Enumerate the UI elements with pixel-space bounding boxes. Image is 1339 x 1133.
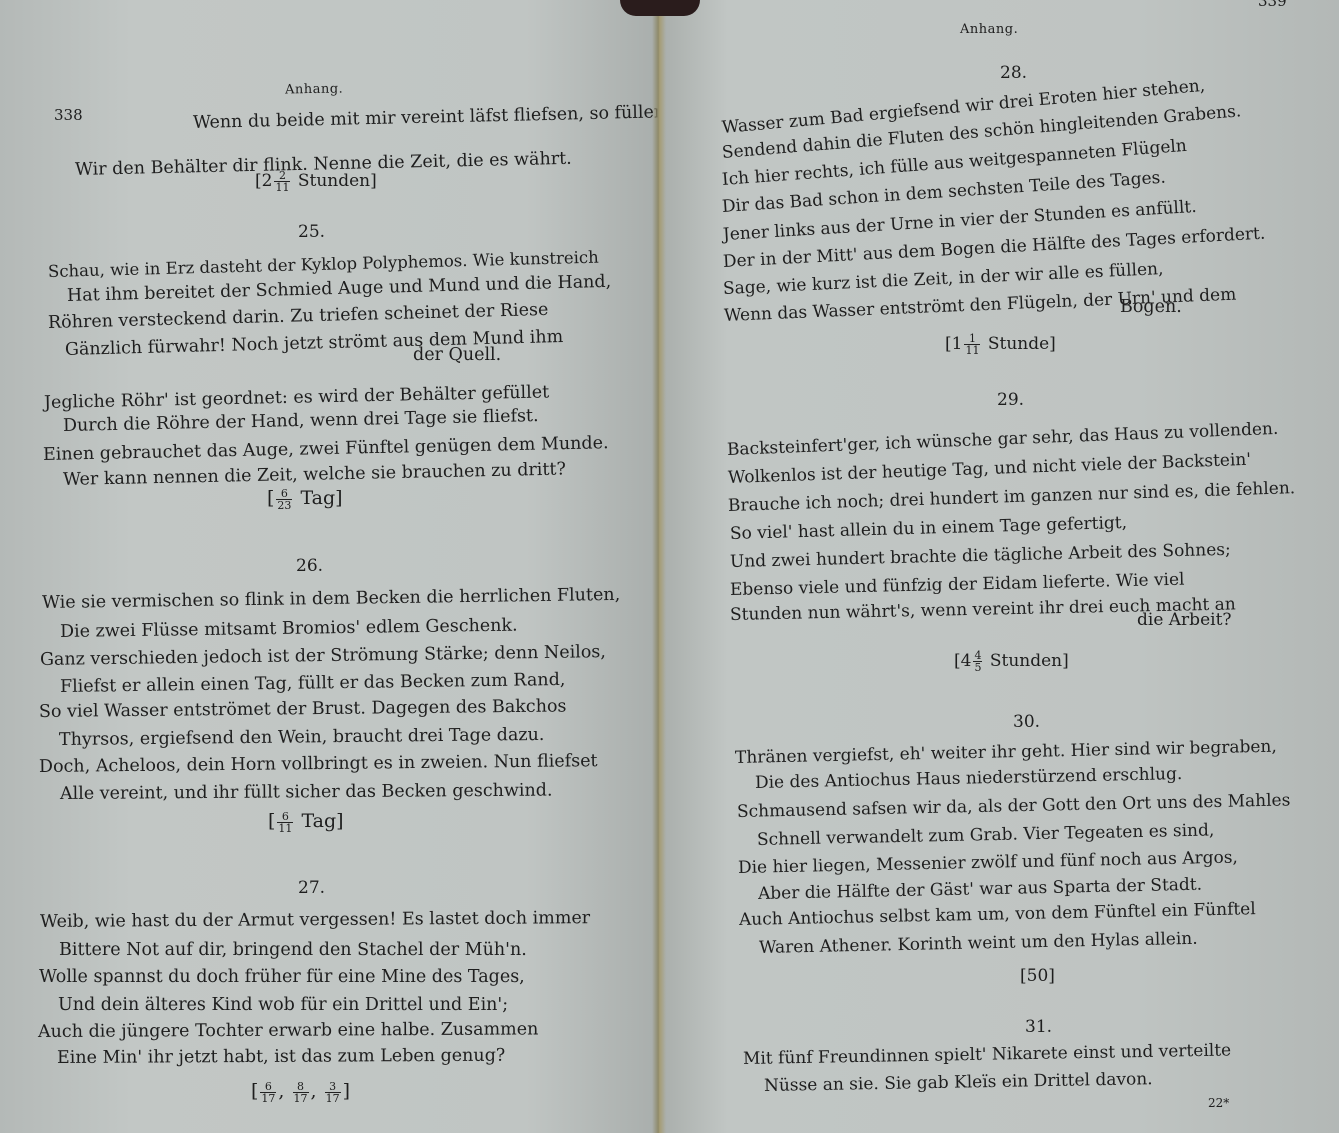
verse-line: Ebenso viele und fünfzig der Eidam liefe…	[730, 570, 1185, 600]
running-head: Anhang.	[960, 22, 1018, 37]
verse-line: Aber die Hälfte der Gäst' war aus Sparta…	[758, 875, 1202, 904]
verse-line: Thyrsos, ergiefsend den Wein, braucht dr…	[59, 725, 545, 750]
left-page: Anhang. 338 Wenn du beide mit mir verein…	[0, 0, 658, 1133]
answer: [50]	[1020, 966, 1055, 986]
answer: [623 Tag]	[267, 487, 343, 511]
verse-line: Die zwei Flüsse mitsamt Bromios' edlem G…	[60, 616, 518, 642]
signature-mark: 22*	[1208, 1096, 1229, 1110]
verse-line: So viel' hast allein du in einem Tage ge…	[730, 513, 1128, 544]
book-cover-edge	[620, 0, 700, 16]
verse-line: Ganz verschieden jedoch ist der Strömung…	[40, 642, 606, 670]
answer: [611 Tag]	[268, 810, 344, 834]
problem-number: 30.	[1013, 712, 1040, 732]
answer: [2211 Stunden]	[255, 170, 377, 193]
verse-line: So viel Wasser entströmet der Brust. Dag…	[39, 696, 567, 722]
page-number: 339	[1258, 0, 1287, 10]
verse-line: Auch Antiochus selbst kam um, von dem Fü…	[739, 899, 1256, 930]
problem-number: 25.	[298, 222, 325, 242]
answer: [445 Stunden]	[954, 650, 1069, 673]
verse-line: Eine Min' ihr jetzt habt, ist das zum Le…	[57, 1046, 505, 1068]
problem-number: 26.	[296, 556, 323, 576]
page-number: 338	[54, 106, 83, 124]
problem-number: 27.	[298, 878, 325, 898]
verse-line: Wenn du beide mit mir vereint läfst flie…	[193, 102, 658, 133]
verse-line: Die hier liegen, Messenier zwölf und fün…	[738, 848, 1238, 878]
verse-line: Nüsse an sie. Sie gab Kleïs ein Drittel …	[764, 1069, 1153, 1096]
verse-line: Wie sie vermischen so flink in dem Becke…	[42, 585, 620, 613]
verse-line: Weib, wie hast du der Armut vergessen! E…	[40, 908, 590, 932]
verse-line: Waren Athener. Korinth weint um den Hyla…	[759, 929, 1198, 958]
answer: [617, 817, 317]	[251, 1080, 350, 1104]
problem-number: 28.	[1000, 63, 1027, 83]
problem-number: 31.	[1025, 1017, 1052, 1037]
verse-line: der Quell.	[413, 345, 501, 365]
right-page: 339 Anhang. 28. Wasser zum Bad ergiefsen…	[660, 0, 1339, 1133]
open-book-spread: Anhang. 338 Wenn du beide mit mir verein…	[0, 0, 1339, 1133]
verse-line: Alle vereint, und ihr füllt sicher das B…	[60, 781, 553, 804]
verse-line: Röhren versteckend darin. Zu triefen sch…	[48, 300, 549, 333]
verse-line: Und dein älteres Kind wob für ein Dritte…	[58, 995, 508, 1015]
verse-line: Auch die jüngere Tochter erwarb eine hal…	[38, 1019, 538, 1042]
problem-number: 29.	[997, 390, 1024, 410]
verse-line: Die des Antiochus Haus niederstürzend er…	[755, 764, 1183, 793]
verse-line: Bogen.	[1120, 297, 1182, 317]
verse-line: Doch, Acheloos, dein Horn vollbringt es …	[39, 751, 598, 777]
verse-line: Bittere Not auf dir, bringend den Stache…	[59, 940, 527, 960]
verse-line: Fliefst er allein einen Tag, füllt er da…	[60, 670, 566, 697]
verse-line: Thränen vergiefst, eh' weiter ihr geht. …	[735, 737, 1277, 768]
answer: [1111 Stunde]	[945, 333, 1056, 356]
book-gutter	[652, 0, 666, 1133]
verse-line: Und zwei hundert brachte die tägliche Ar…	[730, 540, 1231, 572]
running-head: Anhang.	[285, 81, 343, 97]
verse-line: Schnell verwandelt zum Grab. Vier Tegeat…	[757, 820, 1215, 850]
verse-line: Schmausend safsen wir da, als der Gott d…	[737, 790, 1291, 822]
verse-line: Mit fünf Freundinnen spielt' Nikarete ei…	[743, 1040, 1231, 1069]
verse-line: Wolle spannst du doch früher für eine Mi…	[39, 967, 525, 987]
verse-line: die Arbeit?	[1137, 610, 1232, 630]
verse-line: Wer kann nennen die Zeit, welche sie bra…	[63, 459, 566, 490]
